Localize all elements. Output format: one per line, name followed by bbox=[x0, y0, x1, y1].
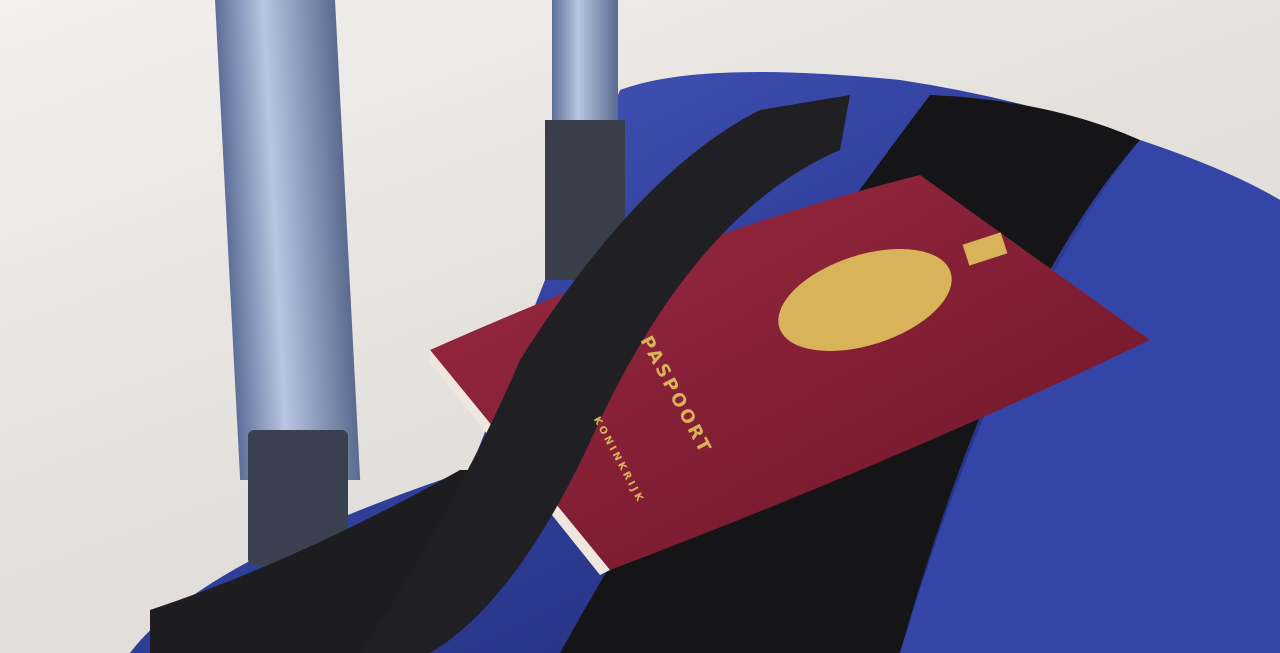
trolley-pole-left bbox=[215, 0, 360, 480]
trolley-pole-right bbox=[552, 0, 618, 140]
photo-scene: PASPOORT KONINKRIJK bbox=[0, 0, 1280, 653]
photo-illustration bbox=[0, 0, 1280, 653]
